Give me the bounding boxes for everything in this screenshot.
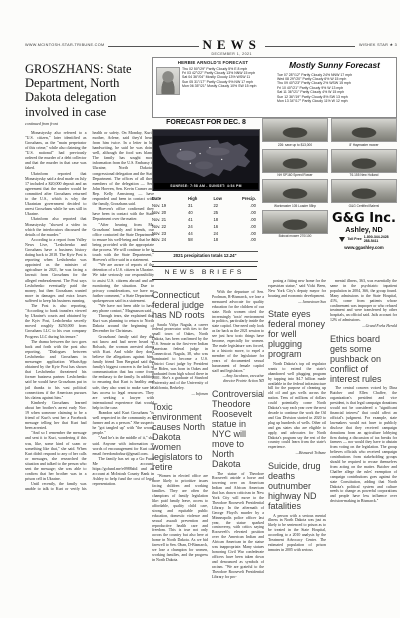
climate-cell: 18 xyxy=(213,237,236,244)
edition-folio: WISHEK STAR ★ 3 xyxy=(359,38,397,48)
forecast-summary-title: Mostly Sunny Forecast xyxy=(277,61,392,70)
climate-cell: 18 xyxy=(213,217,236,224)
climate-cell: 22 xyxy=(213,203,236,210)
section-title: NEWS xyxy=(203,38,261,51)
article-paragraph: Groszhans' family said they did not know… xyxy=(93,334,155,410)
brief-signature: —Grand Forks Herald xyxy=(330,324,397,329)
climate-cell: Nov. 21 xyxy=(152,217,188,224)
ad-logo-block: G&G Inc. Ashley, ND Toll Free 1-800-344-… xyxy=(331,210,397,250)
climate-table: DateHighLowPrecip.Nov. 193122.00Nov. 204… xyxy=(152,196,258,244)
article-paragraph: The drama between the two goes back and … xyxy=(25,339,87,400)
ad-photo-grid: 226: save up to $13,0008' Haymaster mowe… xyxy=(262,118,397,250)
article-paragraph: "And so I remember the message and sent … xyxy=(25,430,87,481)
article-paragraph: Hoeven's office confirmed they have been… xyxy=(93,206,155,221)
climate-cell: 44 xyxy=(188,231,213,238)
brief-signature: —Amy Jacobson, executive director Prairi… xyxy=(212,374,264,384)
edition-name: WISHEK STAR xyxy=(359,43,388,47)
brief-body: North Dakota's top oil regulator wants t… xyxy=(268,362,326,450)
climate-column-header: Low xyxy=(213,196,236,203)
equipment-photo xyxy=(262,149,328,173)
brief-body: The central concern voiced by Dina Butch… xyxy=(330,386,397,504)
brief-body: The statue of Theodore Roosevelt astride… xyxy=(212,472,264,580)
forecast-right-lines: Tue 07 28°/12° Partly Cloudy 24% NNW 17 … xyxy=(277,73,392,104)
ad-photo-cell: 226: save up to $13,000 xyxy=(262,118,328,147)
brief-body: Sarala Vidya Nagala, a career federal pr… xyxy=(152,323,208,392)
article-paragraph: The Post is also reporting, "According t… xyxy=(25,303,87,339)
climate-table-row: Nov. 234424.00 xyxy=(152,231,258,238)
brief-headline: Toxic environment causes North Dakota wo… xyxy=(152,402,208,472)
ad-phone-numbers: 1-800-344-2428 288-5411 xyxy=(364,235,389,244)
section-masthead: NEWS DECEMBER 1, 2021 xyxy=(203,38,261,57)
article-paragraph: Through tears, she explained that Kurt w… xyxy=(93,313,155,333)
weather-map-module: FORECAST FOR DEC. 8 SUNRISE: 7:58 AM - S… xyxy=(152,119,260,191)
ad-phone-row: Toll Free 1-800-344-2428 288-5411 xyxy=(331,235,397,244)
brief-headline: Ethics board gets some pushback on confl… xyxy=(330,334,397,384)
article-paragraph: Kimberly Groszhans learned about her bro… xyxy=(25,400,87,431)
climate-cell: 16 xyxy=(213,224,236,231)
brief-signature: — Inforum xyxy=(152,392,208,397)
climate-cell: .00 xyxy=(237,237,258,244)
ad-company-location: Ashley, ND xyxy=(331,226,397,234)
article-paragraph: Monastyrsky also referred to a "U.S. cit… xyxy=(25,130,87,171)
climate-cell: Nov. 23 xyxy=(152,231,188,238)
climate-cell: .00 xyxy=(237,224,258,231)
climate-table-row: Nov. 204025.00 xyxy=(152,210,258,217)
forecast-line: Mon 13 34°/17° Partly Cloudy 11% W 12 mp… xyxy=(277,99,392,103)
climate-table-row: Nov. 214118.00 xyxy=(152,217,258,224)
climate-cell: 41 xyxy=(188,217,213,224)
briefs-column-4: mental illness, 363, was essentially the… xyxy=(330,279,397,595)
climate-cell: 31 xyxy=(188,203,213,210)
climate-table-header-row: DateHighLowPrecip. xyxy=(152,196,258,203)
news-briefs-header: NEWS BRIEFS xyxy=(152,266,257,280)
website-url: WWW.MCINTOSH-STAR-TRIBUNE.COM xyxy=(25,38,104,48)
article-paragraph: Ukrinform also reported that Monastyrsky… xyxy=(25,216,87,236)
ad-photo-caption: T6.155 New Holland xyxy=(331,173,397,177)
ad-photo-caption: Workmaster 105 Loader 55hp xyxy=(262,204,328,208)
brief-body: With the departure of Sen. Poolman, R-Bi… xyxy=(212,290,264,373)
gg-logo-triangle-icon xyxy=(339,237,345,242)
forecast-left-panel: HERBIE ARNOLD'S FORECAST Thu 02 50°/29° … xyxy=(153,58,273,117)
header-rule-left xyxy=(108,46,198,47)
climate-table-row: Nov. 245818.00 xyxy=(152,237,258,244)
brief-body: "Women in elected office are more likely… xyxy=(152,474,208,562)
equipment-photo xyxy=(262,179,328,203)
briefs-column-1: Connecticut federal judge has ND rootsSa… xyxy=(152,290,208,595)
climate-table-row: Nov. 193122.00 xyxy=(152,203,258,210)
climate-cell: 40 xyxy=(188,210,213,217)
article-paragraph: According to a report from Valley News L… xyxy=(25,237,87,303)
article-body: Monastyrsky also referred to a "U.S. cit… xyxy=(25,130,154,602)
brief-headline: Controversial Theodore Roosevelt statue … xyxy=(212,389,264,469)
equipment-photo xyxy=(262,210,328,234)
climate-cell: 24 xyxy=(188,224,213,231)
forecast-right-panel: Mostly Sunny Forecast Tue 07 28°/12° Par… xyxy=(273,58,396,117)
ad-phone-local: 288-5411 xyxy=(364,239,389,243)
ad-photo-cell: T6.155 New Holland xyxy=(331,149,397,178)
briefs-column-3: posing a fitting new home for the equest… xyxy=(268,279,326,595)
climate-column-header: Precip. xyxy=(237,196,258,203)
ad-tollfree-label: Toll Free xyxy=(347,237,361,241)
ad-photo-caption: Bobcat mower 270/100 xyxy=(262,234,328,238)
page-number: 3 xyxy=(395,43,397,47)
ad-photo-cell: G&G Certified Balers! xyxy=(331,179,397,208)
star-icon: ★ xyxy=(390,43,394,47)
article-paragraph: Brandon said Kurt Groszhans "is well res… xyxy=(93,410,155,435)
brief-headline: Suicide, drug deaths outnumber highway N… xyxy=(268,461,326,511)
briefs-column-2: With the departure of Sen. Poolman, R-Bi… xyxy=(212,290,264,595)
brief-signature: — Jamestown Sun xyxy=(268,300,326,305)
page-header: WWW.MCINTOSH-STAR-TRIBUNE.COM NEWS DECEM… xyxy=(25,38,397,57)
climate-cell: .00 xyxy=(237,203,258,210)
ad-phones: Toll Free xyxy=(347,237,361,241)
article-paragraph: "And he's in the middle of it," she said… xyxy=(93,435,155,455)
climate-cell: Nov. 22 xyxy=(152,224,188,231)
ad-photo-cell: NH SP160 Speed Rower xyxy=(262,149,328,178)
equipment-photo xyxy=(331,118,397,142)
us-weather-map: SUNRISE: 7:58 AM - SUNSET: 4:54 PM xyxy=(152,129,260,191)
ad-photo-cell: Bobcat mower 270/100 xyxy=(262,210,328,250)
ad-photo-cell: Workmaster 105 Loader 55hp xyxy=(262,179,328,208)
ad-photo-caption: 226: save up to $13,000 xyxy=(262,143,328,147)
newspaper-page: WWW.MCINTOSH-STAR-TRIBUNE.COM NEWS DECEM… xyxy=(0,0,400,618)
article-headline: GROSZHANS: State Department, North Dakot… xyxy=(25,62,154,119)
ad-photo-caption: 8' Haymaster mower xyxy=(331,143,397,147)
climate-column-header: High xyxy=(188,196,213,203)
issue-date: DECEMBER 1, 2021 xyxy=(203,52,261,57)
header-rule-right xyxy=(265,46,355,47)
forecast-box-title: HERBIE ARNOLD'S FORECAST xyxy=(156,60,270,65)
climate-cell: 25 xyxy=(213,210,236,217)
article-paragraph: "We are aware of reports of the detentio… xyxy=(93,262,155,303)
ad-photo-caption: NH SP160 Speed Rower xyxy=(262,173,328,177)
continued-from-front-note: continued from front xyxy=(25,121,154,126)
lead-article: GROSZHANS: State Department, North Dakot… xyxy=(25,62,154,602)
weather-forecast-box: HERBIE ARNOLD'S FORECAST Thu 02 50°/29° … xyxy=(152,57,397,118)
climate-cell: Nov. 19 xyxy=(152,203,188,210)
ad-photo-cell: 8' Haymaster mower xyxy=(331,118,397,147)
map-title: FORECAST FOR DEC. 8 xyxy=(152,119,260,127)
sunrise-sunset-banner: SUNRISE: 7:58 AM - SUNSET: 4:54 PM xyxy=(154,183,258,190)
brief-headline: Connecticut federal judge has ND roots xyxy=(152,290,208,320)
ad-website: www.ggashley.com xyxy=(331,245,397,250)
ad-company-name: G&G Inc. xyxy=(331,212,397,225)
climate-cell: Nov. 24 xyxy=(152,237,188,244)
equipment-photo xyxy=(331,179,397,203)
climate-cell: .00 xyxy=(237,210,258,217)
brief-body: A person with a serious mental illness i… xyxy=(268,514,326,553)
article-paragraph: The family has set up a Go Fund Me accou… xyxy=(93,456,155,487)
brief-headline: State eyes federal money for well pluggi… xyxy=(268,309,326,359)
brief-signature: —Bismarck Tribune xyxy=(268,451,326,456)
equipment-photo xyxy=(331,149,397,173)
article-paragraph: "After hearing from Mr. Groszhans' famil… xyxy=(93,222,155,263)
equipment-photo xyxy=(262,118,328,142)
article-paragraph: Ukrinform reported that Monastyrsky said… xyxy=(25,171,87,217)
ad-photo-caption: G&G Certified Balers! xyxy=(331,204,397,208)
climate-column-header: Date xyxy=(152,196,188,203)
brief-body: mental illness, 363, was essentially the… xyxy=(330,279,397,323)
climate-cell: Nov. 20 xyxy=(152,210,188,217)
precipitation-total: 2021 precipitation totals 12.24" xyxy=(152,251,258,262)
climate-cell: 24 xyxy=(213,231,236,238)
climate-cell: .00 xyxy=(237,231,258,238)
climate-cell: .00 xyxy=(237,217,258,224)
climate-table-row: Nov. 222416.00 xyxy=(152,224,258,231)
article-paragraph: "We have not been able to have any phone… xyxy=(93,303,155,313)
climate-cell: 58 xyxy=(188,237,213,244)
forecaster-portrait-photo xyxy=(156,67,180,95)
gg-equipment-ad: 226: save up to $13,0008' Haymaster mowe… xyxy=(262,118,397,250)
brief-body: posing a fitting new home for the equest… xyxy=(268,279,326,299)
